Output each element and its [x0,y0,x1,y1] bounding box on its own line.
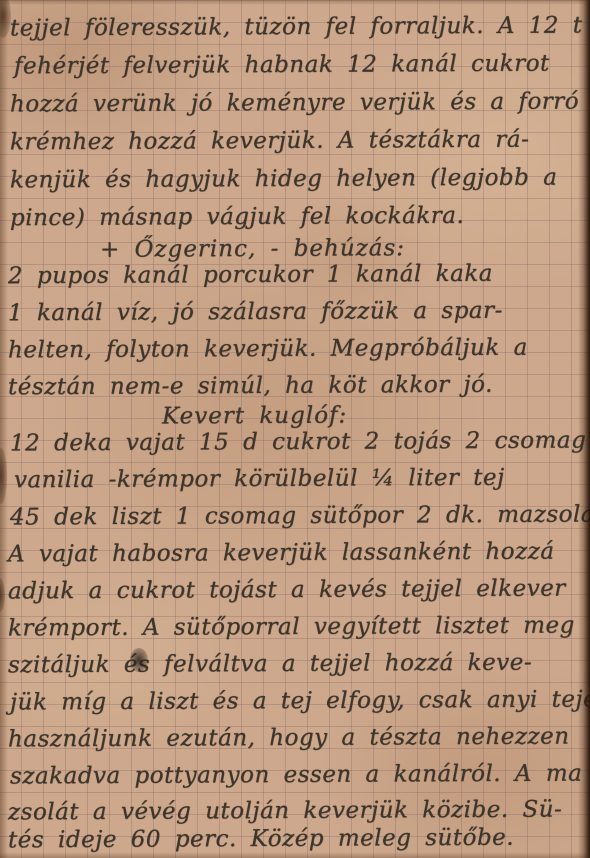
page-edge-top [0,0,590,5]
handwriting-line: 12 deka vajat 15 d cukrot 2 tojás 2 csom… [10,427,586,456]
handwriting-line: jük míg a liszt és a tej elfogy, csak an… [10,686,590,715]
handwriting-line: tejjel föleresszük, tüzön fel forraljuk.… [10,13,583,42]
ink-blot [130,648,148,672]
handwriting-line: fehérjét felverjük habnak 12 kanál cukro… [14,51,550,80]
handwriting-line: kenjük és hagyjuk hideg helyen (legjobb … [10,165,558,194]
section-heading-ozgerinc: + Őzgerinc, - behúzás: [100,235,405,263]
handwriting-line: A vajat habosra keverjük lassanként hozz… [8,539,555,568]
handwriting-line: krémport. A sütőporral vegyített lisztet… [8,613,575,642]
handwriting-line: helten, folyton keverjük. Megpróbáljuk a [8,335,528,364]
handwriting-line: pince) másnap vágjuk fel kockákra. [10,203,464,231]
handwriting-line: krémhez hozzá keverjük. A tésztákra rá- [10,127,530,156]
handwriting-line: szitáljuk és felváltva a tejjel hozzá ke… [8,650,532,679]
page-edge-bottom [0,852,590,858]
handwriting-line: tésztán nem-e simúl, ha köt akkor jó. [8,372,493,401]
handwriting-line: 45 dek liszt 1 csomag sütőpor 2 dk. mazs… [10,501,590,530]
page-edge-left [0,0,8,858]
handwriting-line: tés ideje 60 perc. Közép meleg sütőbe. [8,825,514,854]
handwriting-line: adjuk a cukrot tojást a kevés tejjel elk… [8,576,566,605]
handwriting-line: zsolát a vévég utolján keverjük közibe. … [8,797,562,826]
handwriting-line: szakadva pottyanyon essen a kanálról. A … [10,761,582,790]
handwriting-line: 1 kanál víz, jó szálasra főzzük a spar- [8,298,503,327]
handwriting-line: 2 pupos kanál porcukor 1 kanál kaka [8,261,493,290]
notebook-page: tejjel föleresszük, tüzön fel forraljuk.… [0,0,590,858]
page-edge-right [578,0,590,858]
handwriting-line: használjunk ezután, hogy a tészta nehezz… [8,724,570,753]
handwriting-line: hozzá verünk jó keményre verjük és a for… [10,89,579,118]
section-heading-kevert-kuglof: Kevert kuglóf: [162,403,347,430]
handwriting-line: vanilia -krémpor körülbelül ¼ liter tej [14,465,505,494]
